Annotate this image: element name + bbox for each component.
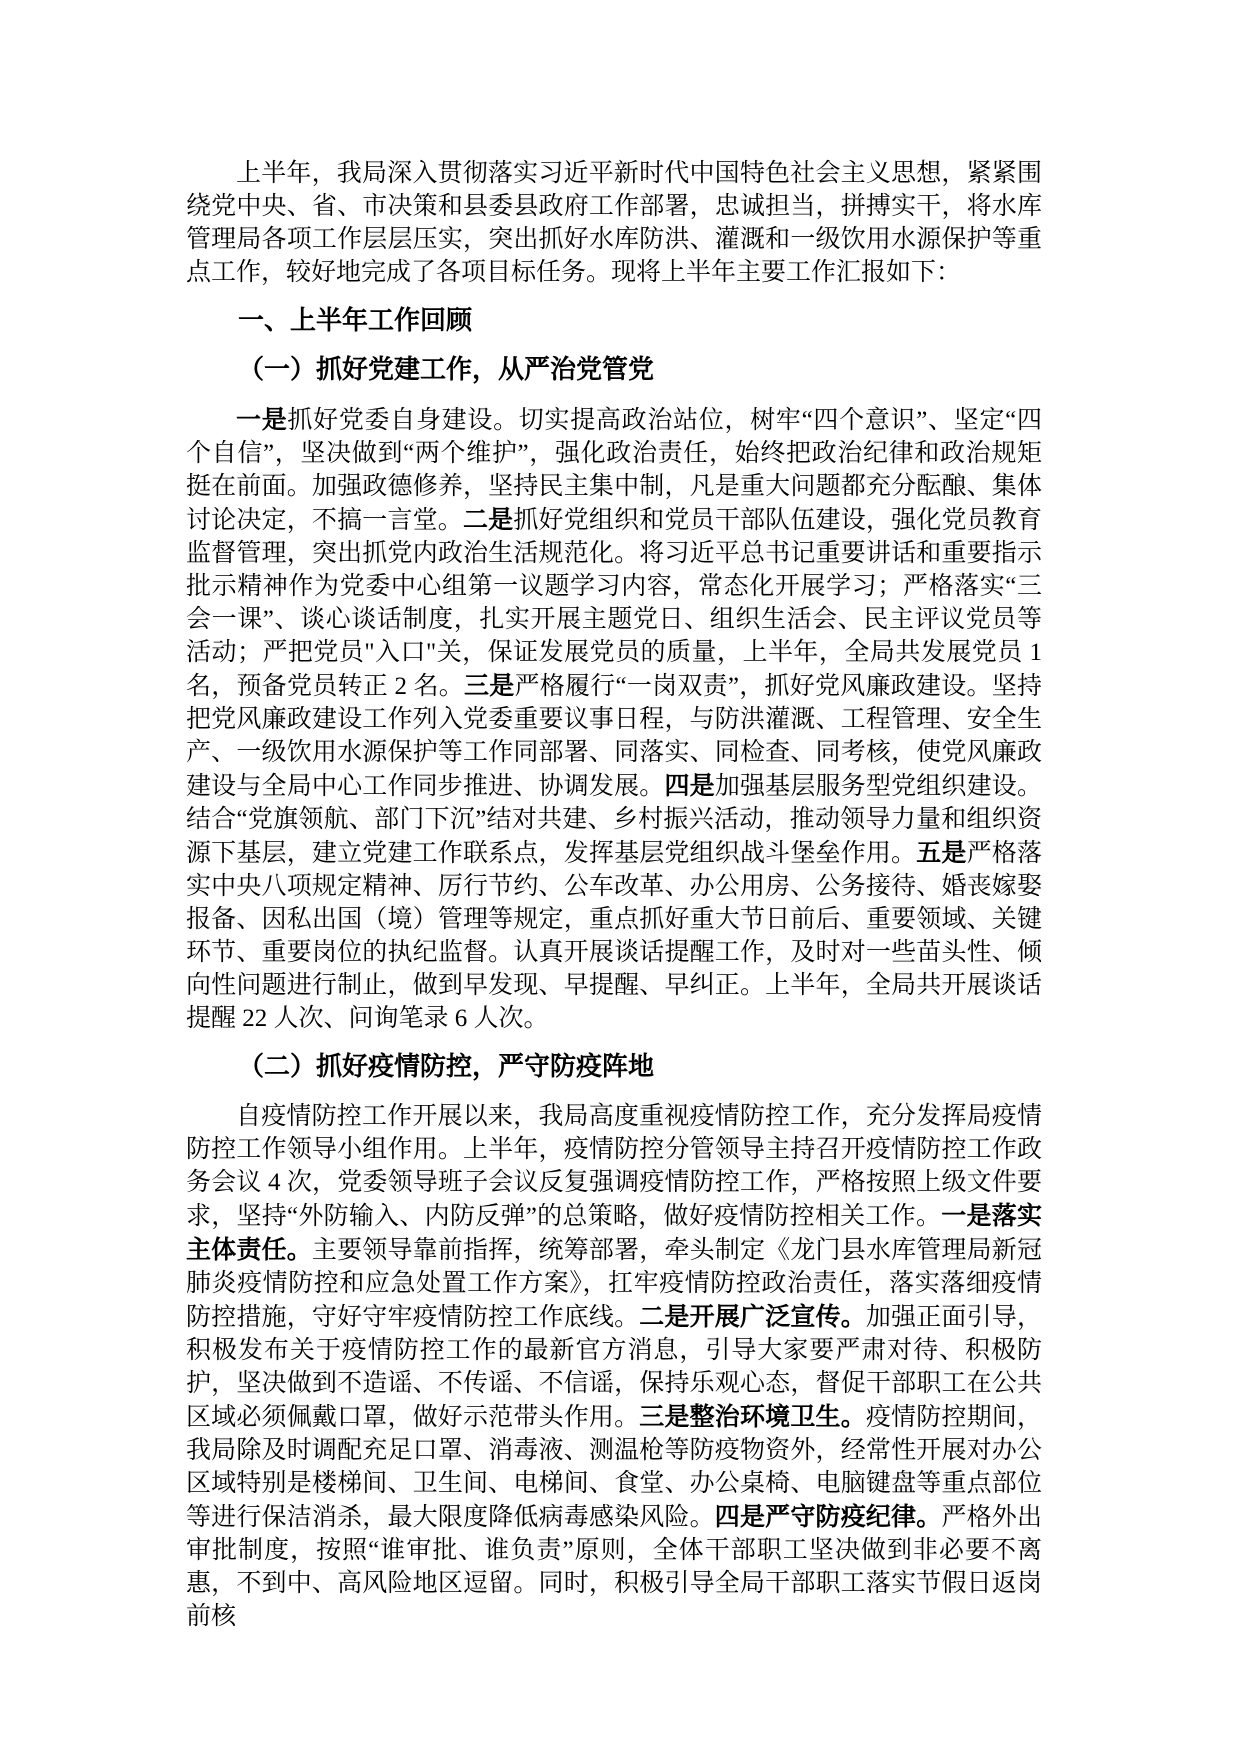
document-page: 上半年，我局深入贯彻落实习近平新时代中国特色社会主义思想，紧紧围绕党中央、省、市… [0,0,1240,1754]
text-run: 自疫情防控工作开展以来，我局高度重视疫情防控工作，充分发挥局疫情防控工作领导小组… [186,1103,1042,1230]
text-run: 上半年，我局深入贯彻落实习近平新时代中国特色社会主义思想，紧紧围绕党中央、省、市… [186,160,1042,286]
text-run: 抓好党组织和党员干部队伍建设，强化党员教育监督管理，突出抓党内政治生活规范化。将… [186,507,1042,700]
body-paragraph: 一是抓好党委自身建设。切实提高政治站位，树牢“四个意识”、坚定“四个自信”，坚决… [186,403,1042,1035]
body-paragraph: 上半年，我局深入贯彻落实习近平新时代中国特色社会主义思想，紧紧围绕党中央、省、市… [186,157,1042,289]
body-paragraph: 自疫情防控工作开展以来，我局高度重视疫情防控工作，充分发挥局疫情防控工作领导小组… [186,1100,1042,1633]
bold-text-run: 二是 [463,505,513,534]
bold-text-run: （二）抓好疫情防控，严守防疫阵地 [238,1052,654,1082]
section-heading: 一、上半年工作回顾 [186,305,1042,338]
bold-text-run: 四是严守防疫纪律。 [715,1502,942,1531]
subsection-heading: （二）抓好疫情防控，严守防疫阵地 [186,1051,1042,1084]
bold-text-run: 五是 [916,838,966,867]
bold-text-run: 三是 [464,671,515,700]
bold-text-run: （一）抓好党建工作，从严治党管党 [238,355,654,385]
bold-text-run: 四是 [664,771,714,800]
bold-text-run: 一是 [236,405,287,434]
bold-text-run: 二是开展广泛宣传。 [639,1302,866,1331]
bold-text-run: 三是整治环境卫生。 [639,1402,866,1431]
subsection-heading: （一）抓好党建工作，从严治党管党 [186,354,1042,387]
document-body: 上半年，我局深入贯彻落实习近平新时代中国特色社会主义思想，紧紧围绕党中央、省、市… [186,157,1042,1633]
text-run: 严格落实中央八项规定精神、厉行节约、公车改革、办公用房、公务接待、婚丧嫁娶报备、… [186,840,1042,1032]
bold-text-run: 一、上半年工作回顾 [238,306,472,336]
